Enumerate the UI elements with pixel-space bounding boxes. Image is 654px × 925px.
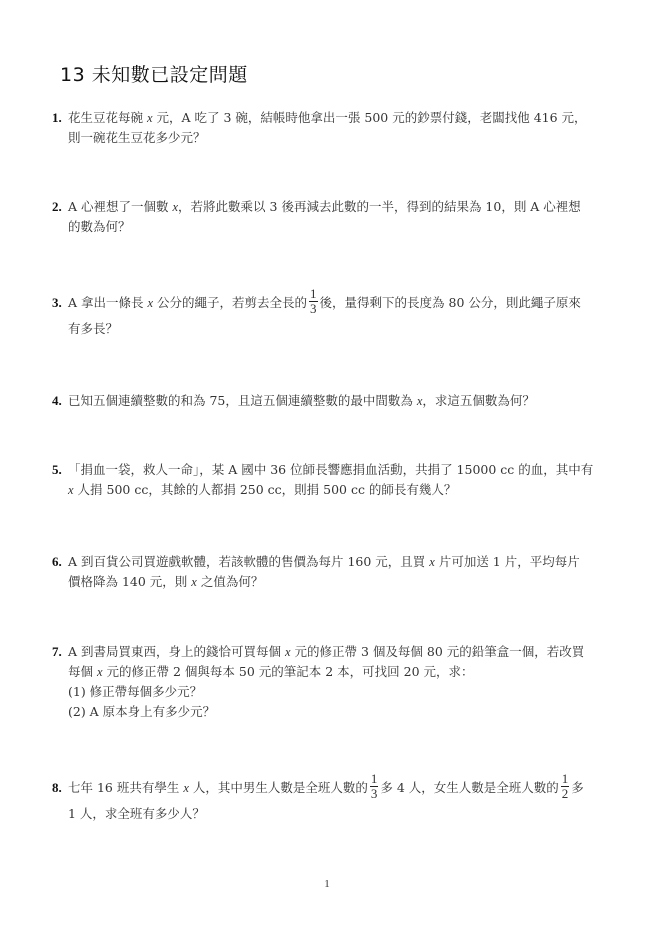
question-number: 3.	[52, 293, 62, 313]
question-line: 則一碗花生豆花多少元？	[68, 128, 612, 148]
question-1: 1. 花生豆花每碗 x 元，A 吃了 3 碗，結帳時他拿出一張 500 元的鈔票…	[52, 108, 612, 148]
question-line: A 心裡想了一個數 x，若將此數乘以 3 後再減去此數的一半，得到的結果為 10…	[68, 197, 612, 217]
question-line: A 到書局買東西，身上的錢恰可買每個 x 元的修正帶 3 個及每個 80 元的鉛…	[68, 642, 612, 662]
question-line: 花生豆花每碗 x 元，A 吃了 3 碗，結帳時他拿出一張 500 元的鈔票付錢，…	[68, 108, 612, 128]
question-3: 3. A 拿出一條長 x 公分的繩子，若剪去全長的13後，量得剩下的長度為 80…	[52, 287, 612, 339]
question-line: A 到百貨公司買遊戲軟體，若該軟體的售價為每片 160 元，且買 x 片可加送 …	[68, 552, 612, 572]
question-line: A 拿出一條長 x 公分的繩子，若剪去全長的13後，量得剩下的長度為 80 公分…	[68, 287, 612, 319]
question-number: 4.	[52, 391, 62, 411]
sub-question-1: (1) 修正帶每個多少元？	[68, 682, 612, 702]
question-number: 6.	[52, 552, 62, 572]
question-5: 5. 「捐血一袋，救人一命」，某 A 國中 36 位師長響應捐血活動，共捐了 1…	[52, 460, 612, 500]
question-line: 每個 x 元的修正帶 2 個與每本 50 元的筆記本 2 本，可找回 20 元，…	[68, 662, 612, 682]
question-line: 已知五個連續整數的和為 75，且這五個連續整數的最中間數為 x，求這五個數為何？	[68, 391, 612, 411]
fraction: 13	[370, 772, 379, 801]
question-6: 6. A 到百貨公司買遊戲軟體，若該軟體的售價為每片 160 元，且買 x 片可…	[52, 552, 612, 592]
question-line: 「捐血一袋，救人一命」，某 A 國中 36 位師長響應捐血活動，共捐了 1500…	[68, 460, 612, 480]
question-line: x 人捐 500 cc，其餘的人都捐 250 cc，則捐 500 cc 的師長有…	[68, 480, 612, 500]
question-line: 的數為何？	[68, 217, 612, 237]
question-8: 8. 七年 16 班共有學生 x 人，其中男生人數是全班人數的13多 4 人，女…	[52, 772, 612, 824]
question-7: 7. A 到書局買東西，身上的錢恰可買每個 x 元的修正帶 3 個及每個 80 …	[52, 642, 612, 722]
question-line: 七年 16 班共有學生 x 人，其中男生人數是全班人數的13多 4 人，女生人數…	[68, 772, 612, 804]
fraction: 12	[561, 772, 570, 801]
page-title: 13 未知數已設定問題	[60, 60, 248, 87]
fraction: 13	[309, 287, 318, 316]
question-number: 5.	[52, 460, 62, 480]
question-2: 2. A 心裡想了一個數 x，若將此數乘以 3 後再減去此數的一半，得到的結果為…	[52, 197, 612, 237]
question-line: 1 人，求全班有多少人？	[68, 804, 612, 824]
page-number: 1	[0, 878, 654, 890]
question-number: 8.	[52, 778, 62, 798]
question-number: 7.	[52, 642, 62, 662]
question-number: 2.	[52, 197, 62, 217]
question-line: 價格降為 140 元，則 x 之值為何？	[68, 572, 612, 592]
question-line: 有多長？	[68, 319, 612, 339]
question-4: 4. 已知五個連續整數的和為 75，且這五個連續整數的最中間數為 x，求這五個數…	[52, 391, 612, 411]
question-number: 1.	[52, 108, 62, 128]
sub-question-2: (2) A 原本身上有多少元？	[68, 702, 612, 722]
